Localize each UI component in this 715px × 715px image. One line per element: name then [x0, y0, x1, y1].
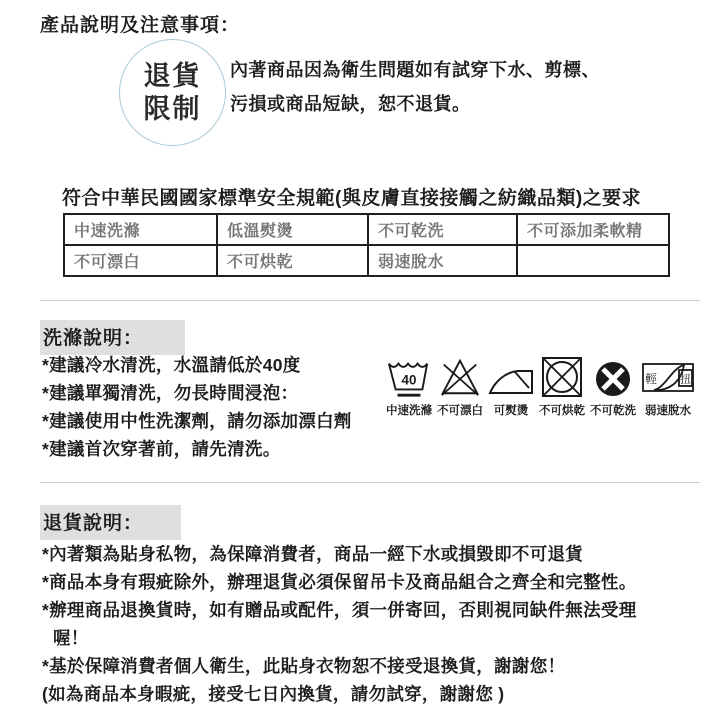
product-notice-page: 產品說明及注意事項： 退貨 限制 內著商品因為衛生問題如有試穿下水、剪標、 污損… [0, 0, 715, 715]
svg-text:扭: 扭 [680, 372, 691, 386]
page-title: 產品說明及注意事項： [40, 10, 240, 37]
table-cell [517, 245, 669, 276]
hygiene-notice-line2: 污損或商品短缺，恕不退貨。 [230, 87, 600, 121]
returns-list: *內著類為貼身私物，為保障消費者，商品一經下水或損毀即不可退貨 *商品本身有瑕疵… [42, 540, 637, 708]
iron-ok-icon [488, 359, 534, 399]
section-divider [40, 482, 700, 483]
returns-item: 喔！ [42, 624, 637, 652]
table-cell: 不可漂白 [64, 245, 217, 276]
care-label: 弱速脫水 [645, 402, 691, 418]
care-label: 不可烘乾 [539, 402, 585, 418]
returns-item: *辦理商品退換貨時，如有贈品或配件，須一併寄回，否則視同缺件無法受理 [42, 596, 637, 624]
returns-item: (如為商品本身暇疵，接受七日內換貨，請勿試穿，謝謝您 ) [42, 680, 637, 708]
returns-heading: 退貨說明： [40, 505, 181, 540]
care-item-no-bleach: 不可漂白 [437, 355, 483, 418]
table-cell: 不可乾洗 [368, 214, 517, 245]
standards-heading: 符合中華民國國家標準安全規範(與皮膚直接接觸之紡織品類)之要求 [62, 183, 641, 210]
washing-item: *建議冷水清洗，水溫請低於40度 [42, 351, 352, 379]
hygiene-notice-text: 內著商品因為衛生問題如有試穿下水、剪標、 污損或商品短缺，恕不退貨。 [230, 53, 600, 121]
care-item-gentle-wring: 輕 扭 弱速脫水 [641, 355, 695, 418]
washing-list: *建議冷水清洗，水溫請低於40度 *建議單獨清洗，勿長時間浸泡： *建議使用中性… [42, 351, 352, 463]
washing-item: *建議使用中性洗潔劑，請勿添加漂白劑 [42, 407, 352, 435]
badge-text-line1: 退貨 [144, 60, 202, 93]
no-bleach-icon [438, 355, 482, 399]
care-label: 不可乾洗 [590, 402, 636, 418]
care-icons-row: 40 中速洗滌 不可漂白 可熨燙 不可烘乾 [386, 355, 695, 418]
care-label: 中速洗滌 [386, 402, 432, 418]
no-tumble-dry-icon [540, 355, 584, 399]
gentle-wring-icon: 輕 扭 [641, 357, 695, 399]
table-row: 中速洗滌 低溫熨燙 不可乾洗 不可添加柔軟精 [64, 214, 669, 245]
washing-heading: 洗滌說明： [40, 320, 185, 355]
care-label: 不可漂白 [437, 402, 483, 418]
table-cell: 不可烘乾 [217, 245, 368, 276]
svg-text:輕: 輕 [645, 371, 657, 386]
care-item-no-tumble-dry: 不可烘乾 [539, 355, 585, 418]
care-label: 可熨燙 [494, 402, 529, 418]
table-cell: 不可添加柔軟精 [517, 214, 669, 245]
table-cell: 低溫熨燙 [217, 214, 368, 245]
section-divider [40, 300, 700, 301]
table-cell: 中速洗滌 [64, 214, 217, 245]
returns-item: *商品本身有瑕疵除外，辦理退貨必須保留吊卡及商品組合之齊全和完整性。 [42, 568, 637, 596]
badge-text-line2: 限制 [144, 93, 202, 126]
care-item-iron: 可熨燙 [488, 355, 534, 418]
returns-item: *內著類為貼身私物，為保障消費者，商品一經下水或損毀即不可退貨 [42, 540, 637, 568]
returns-item: *基於保障消費者個人衛生，此貼身衣物恕不接受退換貨，謝謝您！ [42, 652, 637, 680]
care-item-no-dry-clean: 不可乾洗 [590, 355, 636, 418]
wash-40-icon: 40 [386, 355, 432, 399]
svg-text:40: 40 [402, 373, 417, 388]
return-limit-badge: 退貨 限制 [119, 39, 226, 146]
care-item-wash40: 40 中速洗滌 [386, 355, 432, 418]
no-dry-clean-icon [593, 357, 633, 399]
hygiene-notice-line1: 內著商品因為衛生問題如有試穿下水、剪標、 [230, 53, 600, 87]
table-cell: 弱速脫水 [368, 245, 517, 276]
washing-item: *建議單獨清洗，勿長時間浸泡： [42, 379, 352, 407]
washing-item: *建議首次穿著前，請先清洗。 [42, 435, 352, 463]
care-instructions-table: 中速洗滌 低溫熨燙 不可乾洗 不可添加柔軟精 不可漂白 不可烘乾 弱速脫水 [63, 213, 670, 277]
table-row: 不可漂白 不可烘乾 弱速脫水 [64, 245, 669, 276]
